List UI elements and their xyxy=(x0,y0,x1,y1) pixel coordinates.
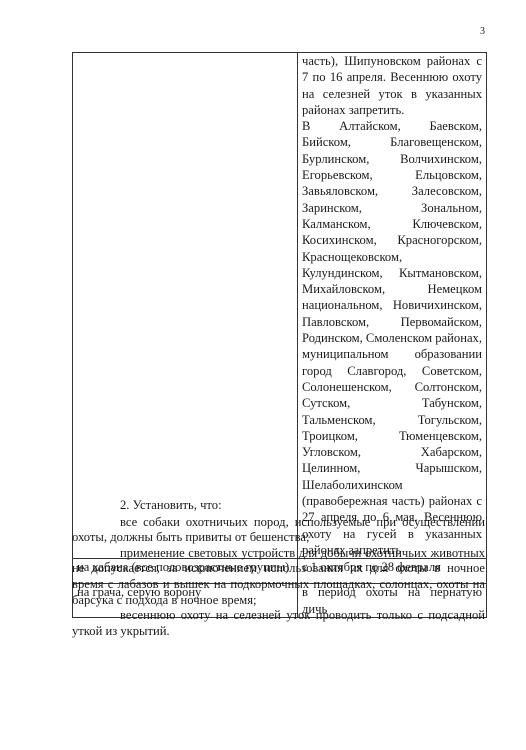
period-paragraph: В Алтайском, Баевском, Бийском, Благовещ… xyxy=(302,118,482,558)
period-paragraph: часть), Шипуновском районах с 7 по 16 ап… xyxy=(302,53,482,118)
section-heading: 2. Установить, что: xyxy=(72,498,485,514)
period-cell: часть), Шипуновском районах с 7 по 16 ап… xyxy=(298,53,487,559)
section-paragraph: применение световых устройств для добычи… xyxy=(72,546,485,608)
species-cell xyxy=(73,53,298,559)
page-number: 3 xyxy=(480,26,485,37)
table-row: часть), Шипуновском районах с 7 по 16 ап… xyxy=(73,53,487,559)
section-paragraph: весеннюю охоту на селезней уток проводит… xyxy=(72,608,485,639)
section-paragraph: все собаки охотничьих пород, используемы… xyxy=(72,515,485,546)
section-2: 2. Установить, что: все собаки охотничьи… xyxy=(72,498,485,639)
